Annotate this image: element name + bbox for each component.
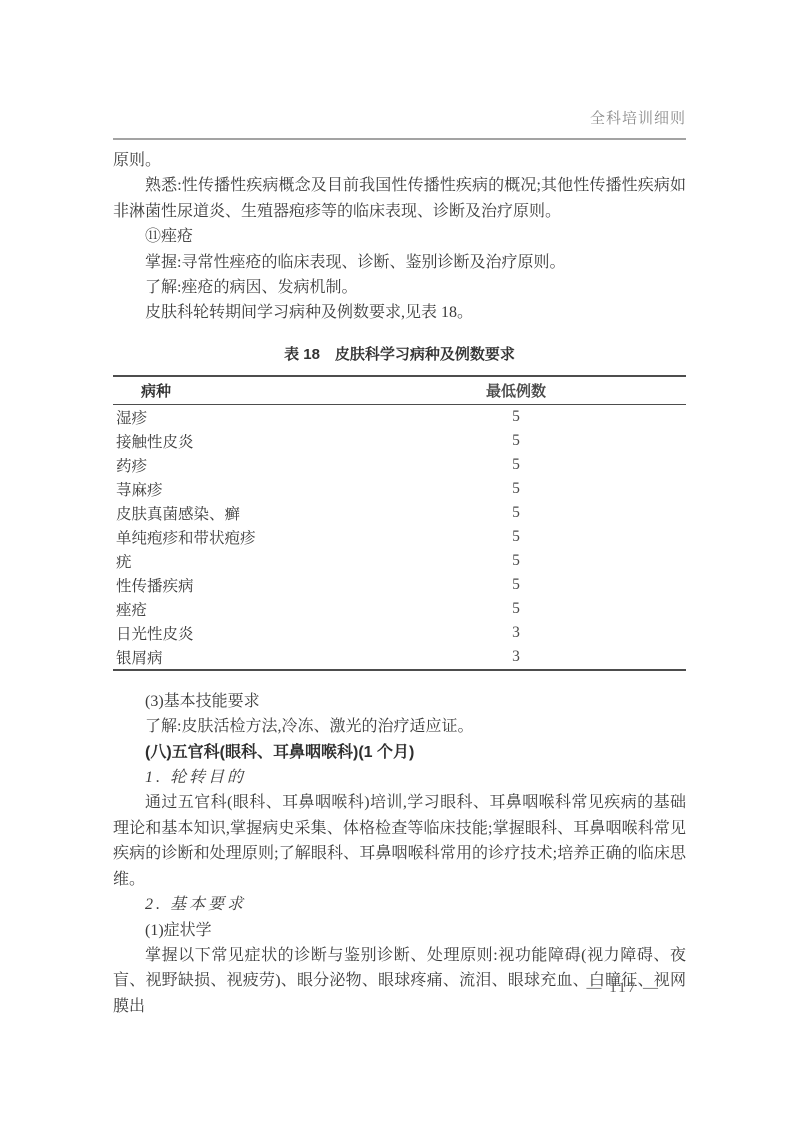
min-cases-cell: 5	[346, 552, 686, 570]
page-number: — 117 —	[587, 978, 660, 998]
disease-name-cell: 荨麻疹	[113, 478, 346, 500]
disease-table: 病种 最低例数 湿疹 5 接触性皮炎 5 药疹 5 荨麻疹 5 皮肤真菌感染、癣…	[113, 375, 686, 671]
paragraph-basic-skills: (3)基本技能要求	[113, 689, 686, 714]
column-header-min-cases: 最低例数	[346, 380, 686, 401]
running-header: 全科培训细则	[113, 108, 686, 140]
document-page: 全科培训细则 原则。 熟悉:性传播性疾病概念及目前我国性传播性疾病的概况;其他性…	[0, 0, 800, 1131]
table-row: 药疹 5	[113, 453, 686, 477]
paragraph-understand-acne: 了解:痤疮的病因、发病机制。	[113, 275, 686, 300]
skills-section: (3)基本技能要求 了解:皮肤活检方法,冷冻、激光的治疗适应证。	[113, 689, 686, 740]
intro-section: 原则。 熟悉:性传播性疾病概念及目前我国性传播性疾病的概况;其他性传播性疾病如非…	[113, 148, 686, 326]
min-cases-cell: 5	[346, 576, 686, 594]
paragraph-familiar-std: 熟悉:性传播性疾病概念及目前我国性传播性疾病的概况;其他性传播性疾病如非淋菌性尿…	[113, 173, 686, 224]
disease-name-cell: 接触性皮炎	[113, 430, 346, 452]
disease-name-cell: 性传播疾病	[113, 574, 346, 596]
min-cases-cell: 3	[346, 648, 686, 666]
paragraph-master-acne: 掌握:寻常性痤疮的临床表现、诊断、鉴别诊断及治疗原则。	[113, 250, 686, 275]
disease-name-cell: 单纯疱疹和带状疱疹	[113, 526, 346, 548]
table-row: 痤疮 5	[113, 597, 686, 621]
table-row: 接触性皮炎 5	[113, 429, 686, 453]
min-cases-cell: 3	[346, 624, 686, 642]
min-cases-cell: 5	[346, 432, 686, 450]
page-content: 全科培训细则 原则。 熟悉:性传播性疾病概念及目前我国性传播性疾病的概况;其他性…	[113, 108, 686, 1019]
table-caption: 表 18 皮肤科学习病种及例数要求	[113, 344, 686, 365]
table-row: 疣 5	[113, 549, 686, 573]
paragraph-rotation-purpose: 通过五官科(眼科、耳鼻咽喉科)培训,学习眼科、耳鼻咽喉科常见疾病的基础理论和基本…	[113, 790, 686, 892]
disease-name-cell: 湿疹	[113, 406, 346, 428]
table-row: 银屑病 3	[113, 645, 686, 669]
table-row: 皮肤真菌感染、癣 5	[113, 501, 686, 525]
disease-name-cell: 日光性皮炎	[113, 622, 346, 644]
subheading-basic-requirements: 2. 基本要求	[113, 892, 686, 917]
table-header-row: 病种 最低例数	[113, 377, 686, 405]
disease-name-cell: 银屑病	[113, 646, 346, 668]
paragraph-understand-skills: 了解:皮肤活检方法,冷冻、激光的治疗适应证。	[113, 714, 686, 739]
disease-name-cell: 痤疮	[113, 598, 346, 620]
subheading-rotation-purpose: 1. 轮转目的	[113, 765, 686, 790]
table-row: 荨麻疹 5	[113, 477, 686, 501]
min-cases-cell: 5	[346, 504, 686, 522]
subheading-symptomatology: (1)症状学	[113, 918, 686, 943]
paragraph-table-reference: 皮肤科轮转期间学习病种及例数要求,见表 18。	[113, 300, 686, 325]
table-row: 性传播疾病 5	[113, 573, 686, 597]
table-row: 单纯疱疹和带状疱疹 5	[113, 525, 686, 549]
disease-name-cell: 皮肤真菌感染、癣	[113, 502, 346, 524]
min-cases-cell: 5	[346, 480, 686, 498]
table-row: 湿疹 5	[113, 405, 686, 429]
disease-name-cell: 疣	[113, 550, 346, 572]
disease-name-cell: 药疹	[113, 454, 346, 476]
min-cases-cell: 5	[346, 456, 686, 474]
section-heading-ent: (八)五官科(眼科、耳鼻咽喉科)(1 个月)	[113, 740, 686, 765]
table-row: 日光性皮炎 3	[113, 621, 686, 645]
min-cases-cell: 5	[346, 528, 686, 546]
paragraph-continuation: 原则。	[113, 148, 686, 173]
paragraph-item-11-acne: ⑪痤疮	[113, 224, 686, 249]
running-header-title: 全科培训细则	[590, 111, 686, 127]
min-cases-cell: 5	[346, 600, 686, 618]
column-header-disease: 病种	[113, 380, 346, 401]
min-cases-cell: 5	[346, 408, 686, 426]
